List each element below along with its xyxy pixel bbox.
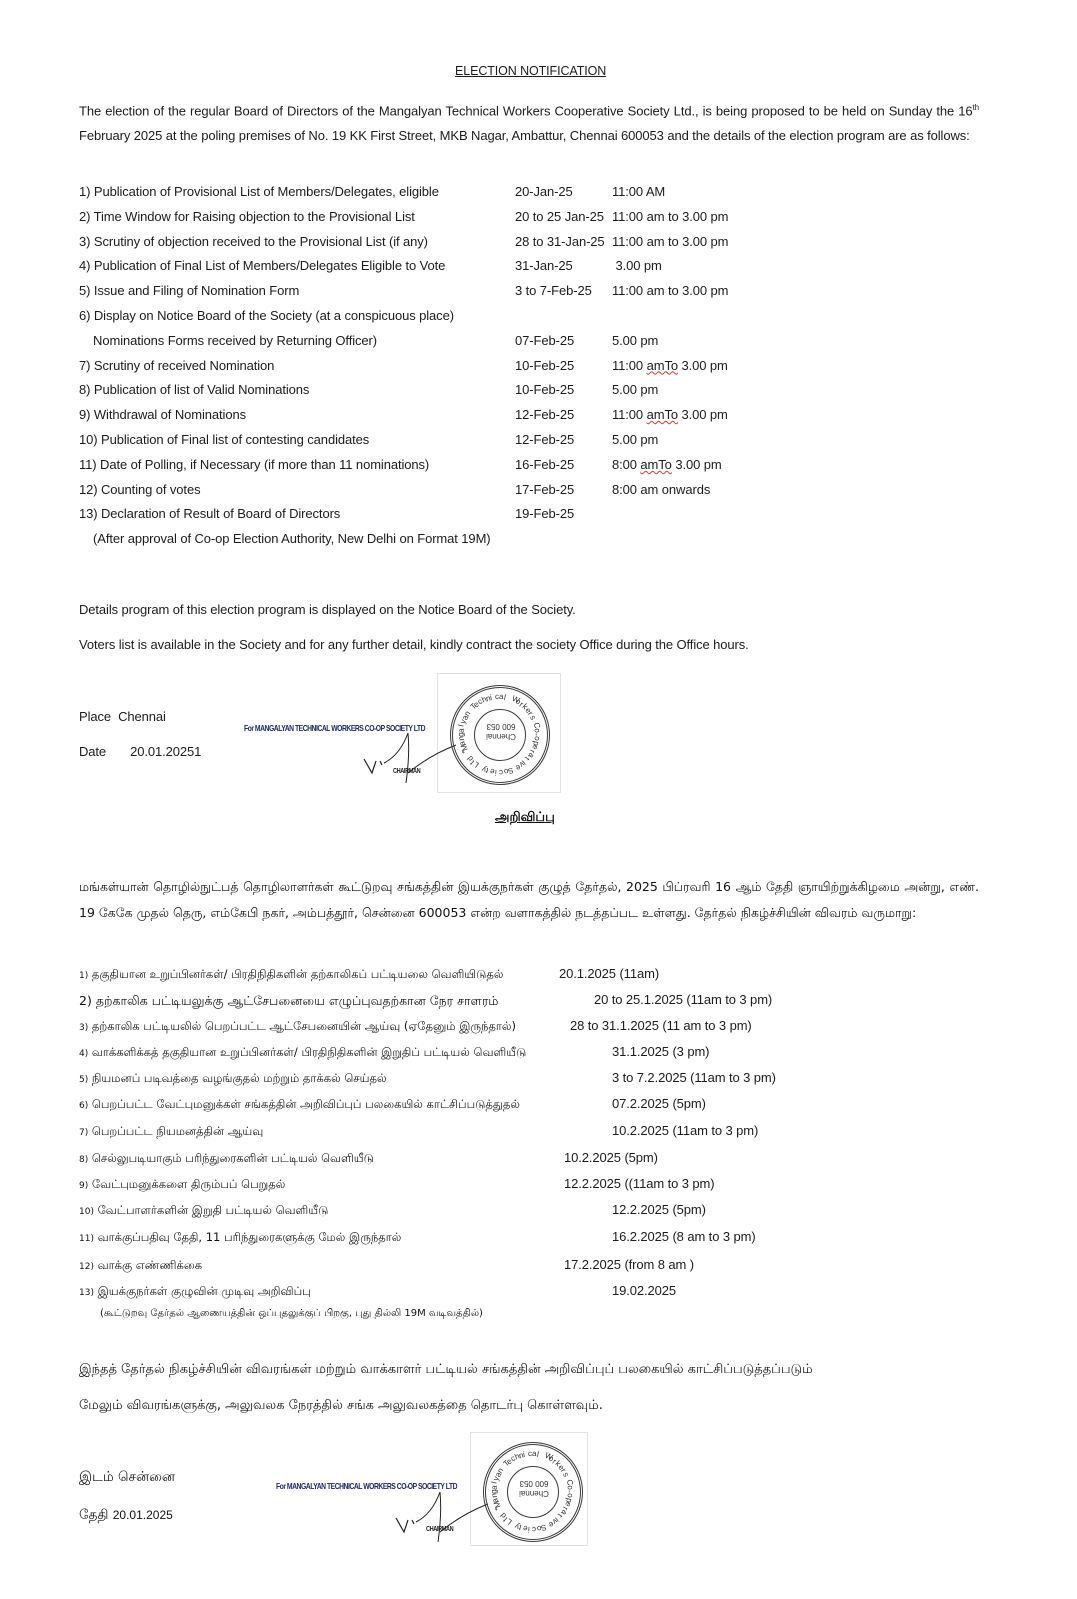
- tamil-date: தேதி 20.01.2025: [79, 1507, 173, 1525]
- english-note-1: Details program of this election program…: [79, 602, 576, 617]
- schedule-time: 5.00 pm: [612, 432, 658, 447]
- item-text: வேட்புமனுக்களை திரும்பப் பெறுதல்: [92, 1177, 285, 1191]
- item-text: தற்காலிக பட்டியலுக்கு ஆட்சேபனையை எழுப்பு…: [96, 993, 499, 1008]
- item-number: 4): [79, 1049, 88, 1059]
- tamil-schedule-when: 20.1.2025 (11am): [559, 966, 659, 981]
- schedule-item: Nominations Forms received by Returning …: [79, 333, 377, 348]
- schedule-date: 12-Feb-25: [515, 432, 574, 447]
- tamil-schedule-item: 5) நியமனப் படிவத்தை வழங்குதல் மற்றும் தா…: [79, 1071, 387, 1087]
- item-text: பெறப்பட்ட நியமனத்தின் ஆய்வு: [92, 1124, 263, 1138]
- tamil-intro: மங்கள்யான் தொழில்நுட்பத் தொழிலாளர்கள் கூ…: [79, 874, 979, 926]
- tamil-footnote: (கூட்டுறவு தேர்தல் ஆணையத்தின் ஒப்புதலுக்…: [100, 1308, 483, 1320]
- schedule-time: 11:00 amTo 3.00 pm: [612, 407, 728, 422]
- schedule-date: 16-Feb-25: [515, 457, 574, 472]
- schedule-time: 5.00 pm: [612, 333, 658, 348]
- schedule-date: 19-Feb-25: [515, 506, 574, 521]
- tamil-schedule-item: 3) தற்காலிக பட்டியலில் பெறப்பட்ட ஆட்சேபன…: [79, 1019, 516, 1035]
- schedule-date: 28 to 31-Jan-25: [515, 234, 605, 249]
- time-post: 3.00 pm: [678, 407, 728, 422]
- schedule-item: 8) Publication of list of Valid Nominati…: [79, 382, 309, 397]
- time-squig: amTo: [647, 407, 678, 422]
- schedule-time: 5.00 pm: [612, 382, 658, 397]
- seal-center-city: Chennai: [519, 1489, 549, 1498]
- schedule-date: 07-Feb-25: [515, 333, 574, 348]
- item-number: 11): [79, 1234, 94, 1244]
- schedule-time: 11:00 AM: [612, 184, 665, 199]
- item-text: வாக்குப்பதிவு தேதி, 11 பரிந்துரைகளுக்கு …: [98, 1230, 402, 1244]
- schedule-time: 8:00 am onwards: [612, 482, 710, 497]
- tamil-schedule-when: 3 to 7.2.2025 (11am to 3 pm): [612, 1070, 776, 1085]
- item-number: 9): [79, 1181, 88, 1191]
- intro-sup: th: [973, 103, 979, 112]
- item-number: 13): [79, 1288, 94, 1298]
- tamil-schedule-item: 2) தற்காலிக பட்டியலுக்கு ஆட்சேபனையை எழுப…: [79, 993, 498, 1010]
- tamil-schedule-when: 10.2.2025 (11am to 3 pm): [612, 1123, 758, 1138]
- schedule-date: 3 to 7-Feb-25: [515, 283, 592, 298]
- english-date: Date20.01.20251: [79, 744, 201, 759]
- schedule-date: 10-Feb-25: [515, 358, 574, 373]
- tamil-schedule-item: 1) தகுதியான உறுப்பினர்கள்/ பிரதிநிதிகளின…: [79, 967, 503, 983]
- item-text: செல்லுபடியாகும் பரிந்துரைகளின் பட்டியல் …: [92, 1151, 374, 1165]
- tamil-date-label: தேதி: [79, 1507, 108, 1523]
- item-number: 1): [79, 971, 88, 981]
- schedule-date: 20-Jan-25: [515, 184, 573, 199]
- schedule-item: 7) Scrutiny of received Nomination: [79, 358, 274, 373]
- schedule-time: 11:00 amTo 3.00 pm: [612, 358, 728, 373]
- date-value: 20.01.20251: [130, 744, 201, 759]
- schedule-item: 5) Issue and Filing of Nomination Form: [79, 283, 299, 298]
- time-pre: 11:00: [612, 358, 647, 373]
- tamil-schedule-when: 07.2.2025 (5pm): [612, 1096, 706, 1111]
- society-seal-icon: Chennai600 053 Mangalyan Technical Worke…: [450, 685, 550, 785]
- schedule-item: 3) Scrutiny of objection received to the…: [79, 234, 428, 249]
- time-squig: amTo: [640, 457, 671, 472]
- item-text: வாக்களிக்கத் தகுதியான உறுப்பினர்கள்/ பிர…: [92, 1045, 526, 1059]
- schedule-date: 17-Feb-25: [515, 482, 574, 497]
- date-label: Date: [79, 744, 106, 759]
- intro-part1: The election of the regular Board of Dir…: [79, 103, 973, 118]
- tamil-place: இடம் சென்னை: [79, 1469, 175, 1487]
- time-post: 3.00 pm: [678, 358, 728, 373]
- schedule-date: 12-Feb-25: [515, 407, 574, 422]
- item-number: 6): [79, 1101, 88, 1111]
- item-number: 10): [79, 1207, 94, 1217]
- item-number: 3): [79, 1023, 88, 1033]
- seal-center-city: Chennai: [486, 732, 516, 741]
- schedule-item: 2) Time Window for Raising objection to …: [79, 209, 415, 224]
- tamil-schedule-item: 8) செல்லுபடியாகும் பரிந்துரைகளின் பட்டிய…: [79, 1151, 374, 1167]
- schedule-item: 11) Date of Polling, if Necessary (if mo…: [79, 457, 429, 472]
- tamil-schedule-when: 16.2.2025 (8 am to 3 pm): [612, 1229, 756, 1244]
- tamil-schedule-when: 20 to 25.1.2025 (11am to 3 pm): [594, 992, 772, 1007]
- schedule-item: 9) Withdrawal of Nominations: [79, 407, 246, 422]
- item-number: 12): [79, 1262, 94, 1272]
- schedule-time: 11:00 am to 3.00 pm: [612, 209, 728, 224]
- schedule-time: 8:00 amTo 3.00 pm: [612, 457, 722, 472]
- tamil-schedule-when: 31.1.2025 (3 pm): [612, 1044, 709, 1059]
- schedule-item: 6) Display on Notice Board of the Societ…: [79, 308, 454, 323]
- tamil-note-2: மேலும் விவரங்களுக்கு, அலுவலக நேரத்தில் ச…: [79, 1398, 603, 1414]
- society-seal-icon: Chennai600 053 Mangalyan Technical Worke…: [483, 1442, 583, 1542]
- item-number: 7): [79, 1128, 88, 1138]
- tamil-schedule-item: 4) வாக்களிக்கத் தகுதியான உறுப்பினர்கள்/ …: [79, 1045, 526, 1061]
- item-number: 2): [79, 993, 92, 1008]
- english-title: ELECTION NOTIFICATION: [455, 64, 606, 78]
- tamil-schedule-when: 10.2.2025 (5pm): [564, 1150, 658, 1165]
- item-text: தகுதியான உறுப்பினர்கள்/ பிரதிநிதிகளின் த…: [92, 967, 503, 981]
- tamil-title: அறிவிப்பு: [495, 810, 555, 826]
- place-label: Place: [79, 709, 111, 724]
- schedule-time: 11:00 am to 3.00 pm: [612, 283, 728, 298]
- tamil-schedule-item: 6) பெறப்பட்ட வேட்புமனுக்கள் சங்கத்தின் அ…: [79, 1097, 520, 1113]
- item-text: வாக்கு எண்ணிக்கை: [98, 1258, 202, 1272]
- schedule-item: 4) Publication of Final List of Members/…: [79, 258, 445, 273]
- schedule-item: 13) Declaration of Result of Board of Di…: [79, 506, 340, 521]
- tamil-schedule-when: 12.2.2025 ((11am to 3 pm): [564, 1176, 714, 1191]
- schedule-item: 1) Publication of Provisional List of Me…: [79, 184, 439, 199]
- tamil-date-value: 20.01.2025: [113, 1508, 173, 1522]
- item-number: 5): [79, 1075, 88, 1085]
- schedule-item: 12) Counting of votes: [79, 482, 200, 497]
- time-post: 3.00 pm: [672, 457, 722, 472]
- time-pre: 11:00: [612, 407, 647, 422]
- schedule-item: 10) Publication of Final list of contest…: [79, 432, 369, 447]
- english-note-2: Voters list is available in the Society …: [79, 637, 749, 652]
- item-number: 8): [79, 1155, 88, 1165]
- place-value: Chennai: [118, 709, 166, 724]
- tamil-schedule-item: 11) வாக்குப்பதிவு தேதி, 11 பரிந்துரைகளுக…: [79, 1230, 401, 1246]
- english-place: Place Chennai: [79, 709, 166, 724]
- tamil-schedule-item: 10) வேட்பாளர்களின் இறுதி பட்டியல் வெளியீ…: [79, 1203, 328, 1219]
- item-text: இயக்குநர்கள் குழுவின் முடிவு அறிவிப்பு: [98, 1284, 311, 1298]
- item-text: நியமனப் படிவத்தை வழங்குதல் மற்றும் தாக்க…: [92, 1071, 387, 1085]
- tamil-schedule-item: 9) வேட்புமனுக்களை திரும்பப் பெறுதல்: [79, 1177, 285, 1193]
- tamil-schedule-item: 12) வாக்கு எண்ணிக்கை: [79, 1258, 202, 1274]
- tamil-schedule-when: 17.2.2025 (from 8 am ): [564, 1257, 694, 1272]
- schedule-date: 10-Feb-25: [515, 382, 574, 397]
- time-squig: amTo: [647, 358, 678, 373]
- item-text: தற்காலிக பட்டியலில் பெறப்பட்ட ஆட்சேபனையி…: [92, 1019, 516, 1033]
- schedule-time: 11:00 am to 3.00 pm: [612, 234, 728, 249]
- tamil-schedule-when: 28 to 31.1.2025 (11 am to 3 pm): [570, 1018, 752, 1033]
- item-text: பெறப்பட்ட வேட்புமனுக்கள் சங்கத்தின் அறிவ…: [92, 1097, 520, 1111]
- schedule-time: 3.00 pm: [612, 258, 662, 273]
- schedule-date: 20 to 25 Jan-25: [515, 209, 604, 224]
- seal-center-pin: 600 053: [520, 1479, 549, 1488]
- tamil-schedule-item: 7) பெறப்பட்ட நியமனத்தின் ஆய்வு: [79, 1124, 263, 1140]
- intro-part2: February 2025 at the poling premises of …: [79, 128, 970, 143]
- english-intro: The election of the regular Board of Dir…: [79, 95, 979, 148]
- tamil-schedule-item: 13) இயக்குநர்கள் குழுவின் முடிவு அறிவிப்…: [79, 1284, 311, 1300]
- tamil-schedule-when: 19.02.2025: [612, 1283, 676, 1298]
- tamil-schedule-when: 12.2.2025 (5pm): [612, 1202, 706, 1217]
- seal-center-pin: 600 053: [487, 722, 516, 731]
- schedule-date: 31-Jan-25: [515, 258, 573, 273]
- schedule-item: (After approval of Co-op Election Author…: [79, 531, 491, 546]
- item-text: வேட்பாளர்களின் இறுதி பட்டியல் வெளியீடு: [98, 1203, 329, 1217]
- time-pre: 8:00: [612, 457, 640, 472]
- tamil-note-1: இந்தத் தேர்தல் நிகழ்ச்சியின் விவரங்கள் ம…: [79, 1362, 813, 1378]
